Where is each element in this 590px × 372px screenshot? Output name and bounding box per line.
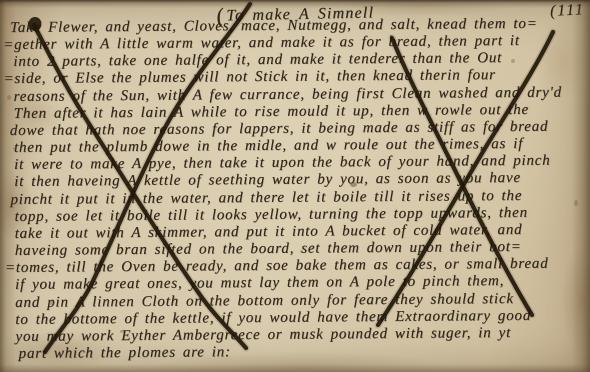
foxing-spot: [120, 330, 124, 333]
foxing-spot: [511, 59, 515, 63]
foxing-spot: [574, 200, 578, 206]
foxing-spot: [13, 147, 16, 150]
manuscript-line: part which the plomes are in:: [19, 341, 590, 363]
manuscript-page: (To make A Simnell (111 Take Flewer, and…: [0, 0, 590, 372]
manuscript-text: Take Flewer, and yeast, Cloves, mace, Nu…: [7, 15, 590, 363]
foxing-spot: [7, 95, 11, 100]
foxing-spot: [350, 182, 357, 187]
foxing-spot: [49, 301, 54, 305]
foxing-spot: [300, 250, 303, 253]
